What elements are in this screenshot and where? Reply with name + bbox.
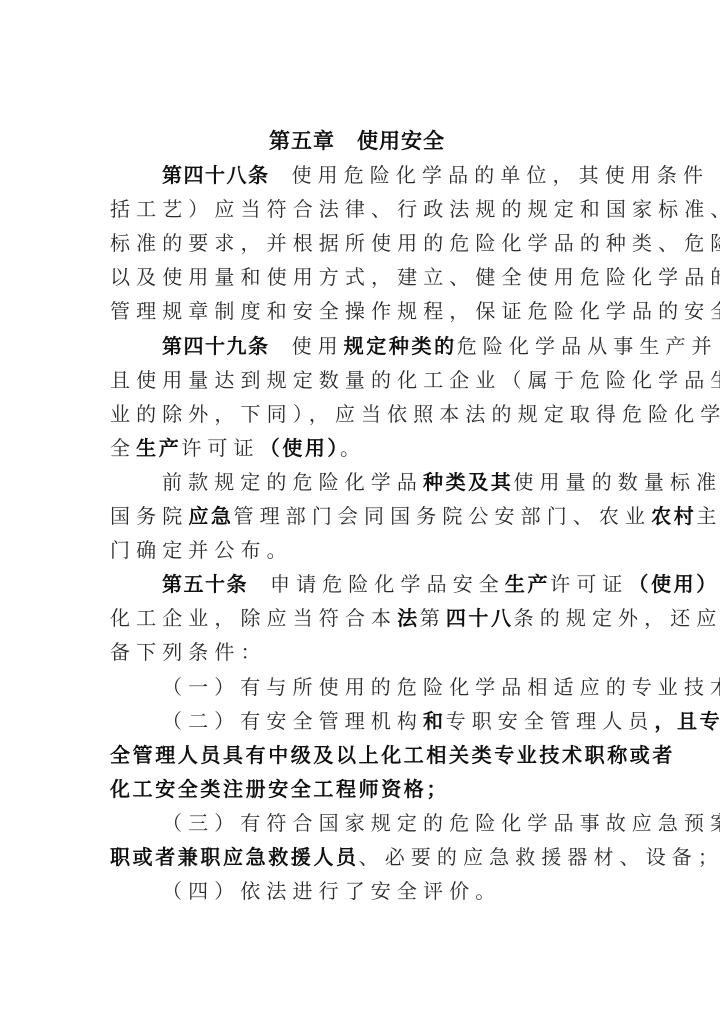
body-text: 危险化学品从事生产并: [457, 334, 718, 358]
body-text: 以及使用量和使用方式，建立、健全使用危险化学品的安全: [110, 265, 720, 289]
emphasized-text: 应急: [188, 504, 233, 528]
text-line: 全管理人员具有中级及以上化工相关类专业技术职称或者: [110, 738, 612, 772]
body-text: 专职安全管理人员: [446, 709, 655, 733]
text-line: 全生产许可证（使用）。: [110, 431, 612, 465]
emphasized-text: ，且专职安: [654, 709, 720, 733]
emphasized-text: 生产: [136, 436, 181, 460]
body-text: 备下列条件：: [110, 640, 267, 664]
text-line: 以及使用量和使用方式，建立、健全使用危险化学品的安全: [110, 260, 612, 294]
text-line: 职或者兼职应急救援人员、必要的应急救援器材、设备；: [110, 840, 612, 874]
text-line: 前款规定的危险化学品种类及其使用量的数量标准，由: [110, 465, 612, 499]
emphasized-text: 规定种类的: [344, 334, 457, 358]
body-text: 使用量的数量标准，由: [513, 470, 720, 494]
emphasized-text: 和: [423, 709, 446, 733]
text-line: 第四十九条使用规定种类的危险化学品从事生产并: [110, 329, 612, 363]
body-text: 前款规定的危险化学品: [162, 470, 423, 494]
text-line: 国务院应急管理部门会同国务院公安部门、农业农村主管部: [110, 499, 612, 533]
body-text: 、必要的应急救援器材、设备；: [359, 845, 720, 869]
chapter-name: 使用安全: [357, 129, 445, 153]
body-text: 业的除外，下同），应当依照本法的规定取得危险化学品安: [110, 402, 720, 426]
body-text: 国务院: [110, 504, 188, 528]
emphasized-text: 化工安全类注册安全工程师资格；: [110, 777, 449, 801]
document-page: 第五章使用安全 第四十八条使用危险化学品的单位，其使用条件（包括工艺）应当符合法…: [110, 124, 612, 908]
condition-item: （二）有安全管理机构和专职安全管理人员，且专职安全管理人员具有中级及以上化工相关…: [110, 704, 612, 806]
text-line: 化工安全类注册安全工程师资格；: [110, 772, 612, 806]
body-text: 使用危险化学品的单位，其使用条件（包: [292, 163, 720, 187]
body-text: 申请危险化学品安全: [270, 572, 505, 596]
text-line: 化工企业，除应当符合本法第四十八条的规定外，还应当具: [110, 601, 612, 635]
body-text: （一）有与所使用的危险化学品相适应的专业技术人员；: [162, 675, 720, 699]
body-text: 第: [420, 606, 446, 630]
body-text: 管理部门会同国务院公安部门、农业: [234, 504, 652, 528]
text-line: 第五十条申请危险化学品安全生产许可证（使用）的: [110, 567, 612, 601]
article-paragraph: 前款规定的危险化学品种类及其使用量的数量标准，由国务院应急管理部门会同国务院公安…: [110, 465, 612, 567]
emphasized-text: 四十八: [446, 606, 514, 630]
emphasized-text: （使用）: [260, 436, 340, 460]
text-line: （二）有安全管理机构和专职安全管理人员，且专职安: [110, 704, 612, 738]
body-text: 且使用量达到规定数量的化工企业（属于危险化学品生产企: [110, 368, 720, 392]
condition-item: （四）依法进行了安全评价。: [110, 874, 612, 908]
body-text: 许可证: [181, 436, 259, 460]
article-art50: 第五十条申请危险化学品安全生产许可证（使用）的化工企业，除应当符合本法第四十八条…: [110, 567, 612, 669]
condition-item: （一）有与所使用的危险化学品相适应的专业技术人员；: [110, 670, 612, 704]
article-label: 第四十八条: [162, 163, 270, 187]
text-line: 业的除外，下同），应当依照本法的规定取得危险化学品安: [110, 397, 612, 431]
body-text: （四）依法进行了安全评价。: [162, 879, 501, 903]
emphasized-text: 生产: [505, 572, 550, 596]
text-line: （三）有符合国家规定的危险化学品事故应急预案和专: [110, 806, 612, 840]
body-text: 全: [110, 436, 136, 460]
body-text: 使用: [292, 334, 344, 358]
body-text: 条的规定外，还应当具: [514, 606, 720, 630]
text-line: （四）依法进行了安全评价。: [110, 874, 612, 908]
body-text: 许可证: [550, 572, 628, 596]
emphasized-text: 全管理人员具有中级及以上化工相关类专业技术职称或者: [110, 743, 675, 767]
emphasized-text: 法: [397, 606, 420, 630]
text-line: 且使用量达到规定数量的化工企业（属于危险化学品生产企: [110, 363, 612, 397]
document-body: 第四十八条使用危险化学品的单位，其使用条件（包括工艺）应当符合法律、行政法规的规…: [110, 158, 612, 908]
body-text: （二）有安全管理机构: [162, 709, 423, 733]
emphasized-text: 农村: [651, 504, 696, 528]
body-text: 门确定并公布。: [110, 538, 293, 562]
body-text: 。: [340, 436, 366, 460]
body-text: 标准的要求，并根据所使用的危险化学品的种类、危险特性: [110, 231, 720, 255]
body-text: 化工企业，除应当符合本: [110, 606, 397, 630]
chapter-title: 第五章使用安全: [102, 124, 612, 158]
article-label: 第五十条: [162, 572, 248, 596]
text-line: 管理规章制度和安全操作规程，保证危险化学品的安全使用。: [110, 294, 612, 328]
text-line: （一）有与所使用的危险化学品相适应的专业技术人员；: [110, 670, 612, 704]
text-line: 备下列条件：: [110, 635, 612, 669]
emphasized-text: 种类及其: [423, 470, 513, 494]
emphasized-text: （使用）: [628, 572, 718, 596]
text-line: 第四十八条使用危险化学品的单位，其使用条件（包: [110, 158, 612, 192]
article-art49: 第四十九条使用规定种类的危险化学品从事生产并且使用量达到规定数量的化工企业（属于…: [110, 329, 612, 465]
body-text: 括工艺）应当符合法律、行政法规的规定和国家标准、行业: [110, 197, 720, 221]
body-text: 主管部: [696, 504, 720, 528]
emphasized-text: 职或者兼职应急救援人员: [110, 845, 359, 869]
article-art48: 第四十八条使用危险化学品的单位，其使用条件（包括工艺）应当符合法律、行政法规的规…: [110, 158, 612, 328]
chapter-number: 第五章: [269, 129, 335, 153]
body-text: 管理规章制度和安全操作规程，保证危险化学品的安全使用。: [110, 299, 720, 323]
text-line: 标准的要求，并根据所使用的危险化学品的种类、危险特性: [110, 226, 612, 260]
body-text: （三）有符合国家规定的危险化学品事故应急预案和: [162, 811, 720, 835]
text-line: 门确定并公布。: [110, 533, 612, 567]
article-label: 第四十九条: [162, 334, 270, 358]
text-line: 括工艺）应当符合法律、行政法规的规定和国家标准、行业: [110, 192, 612, 226]
condition-item: （三）有符合国家规定的危险化学品事故应急预案和专职或者兼职应急救援人员、必要的应…: [110, 806, 612, 874]
